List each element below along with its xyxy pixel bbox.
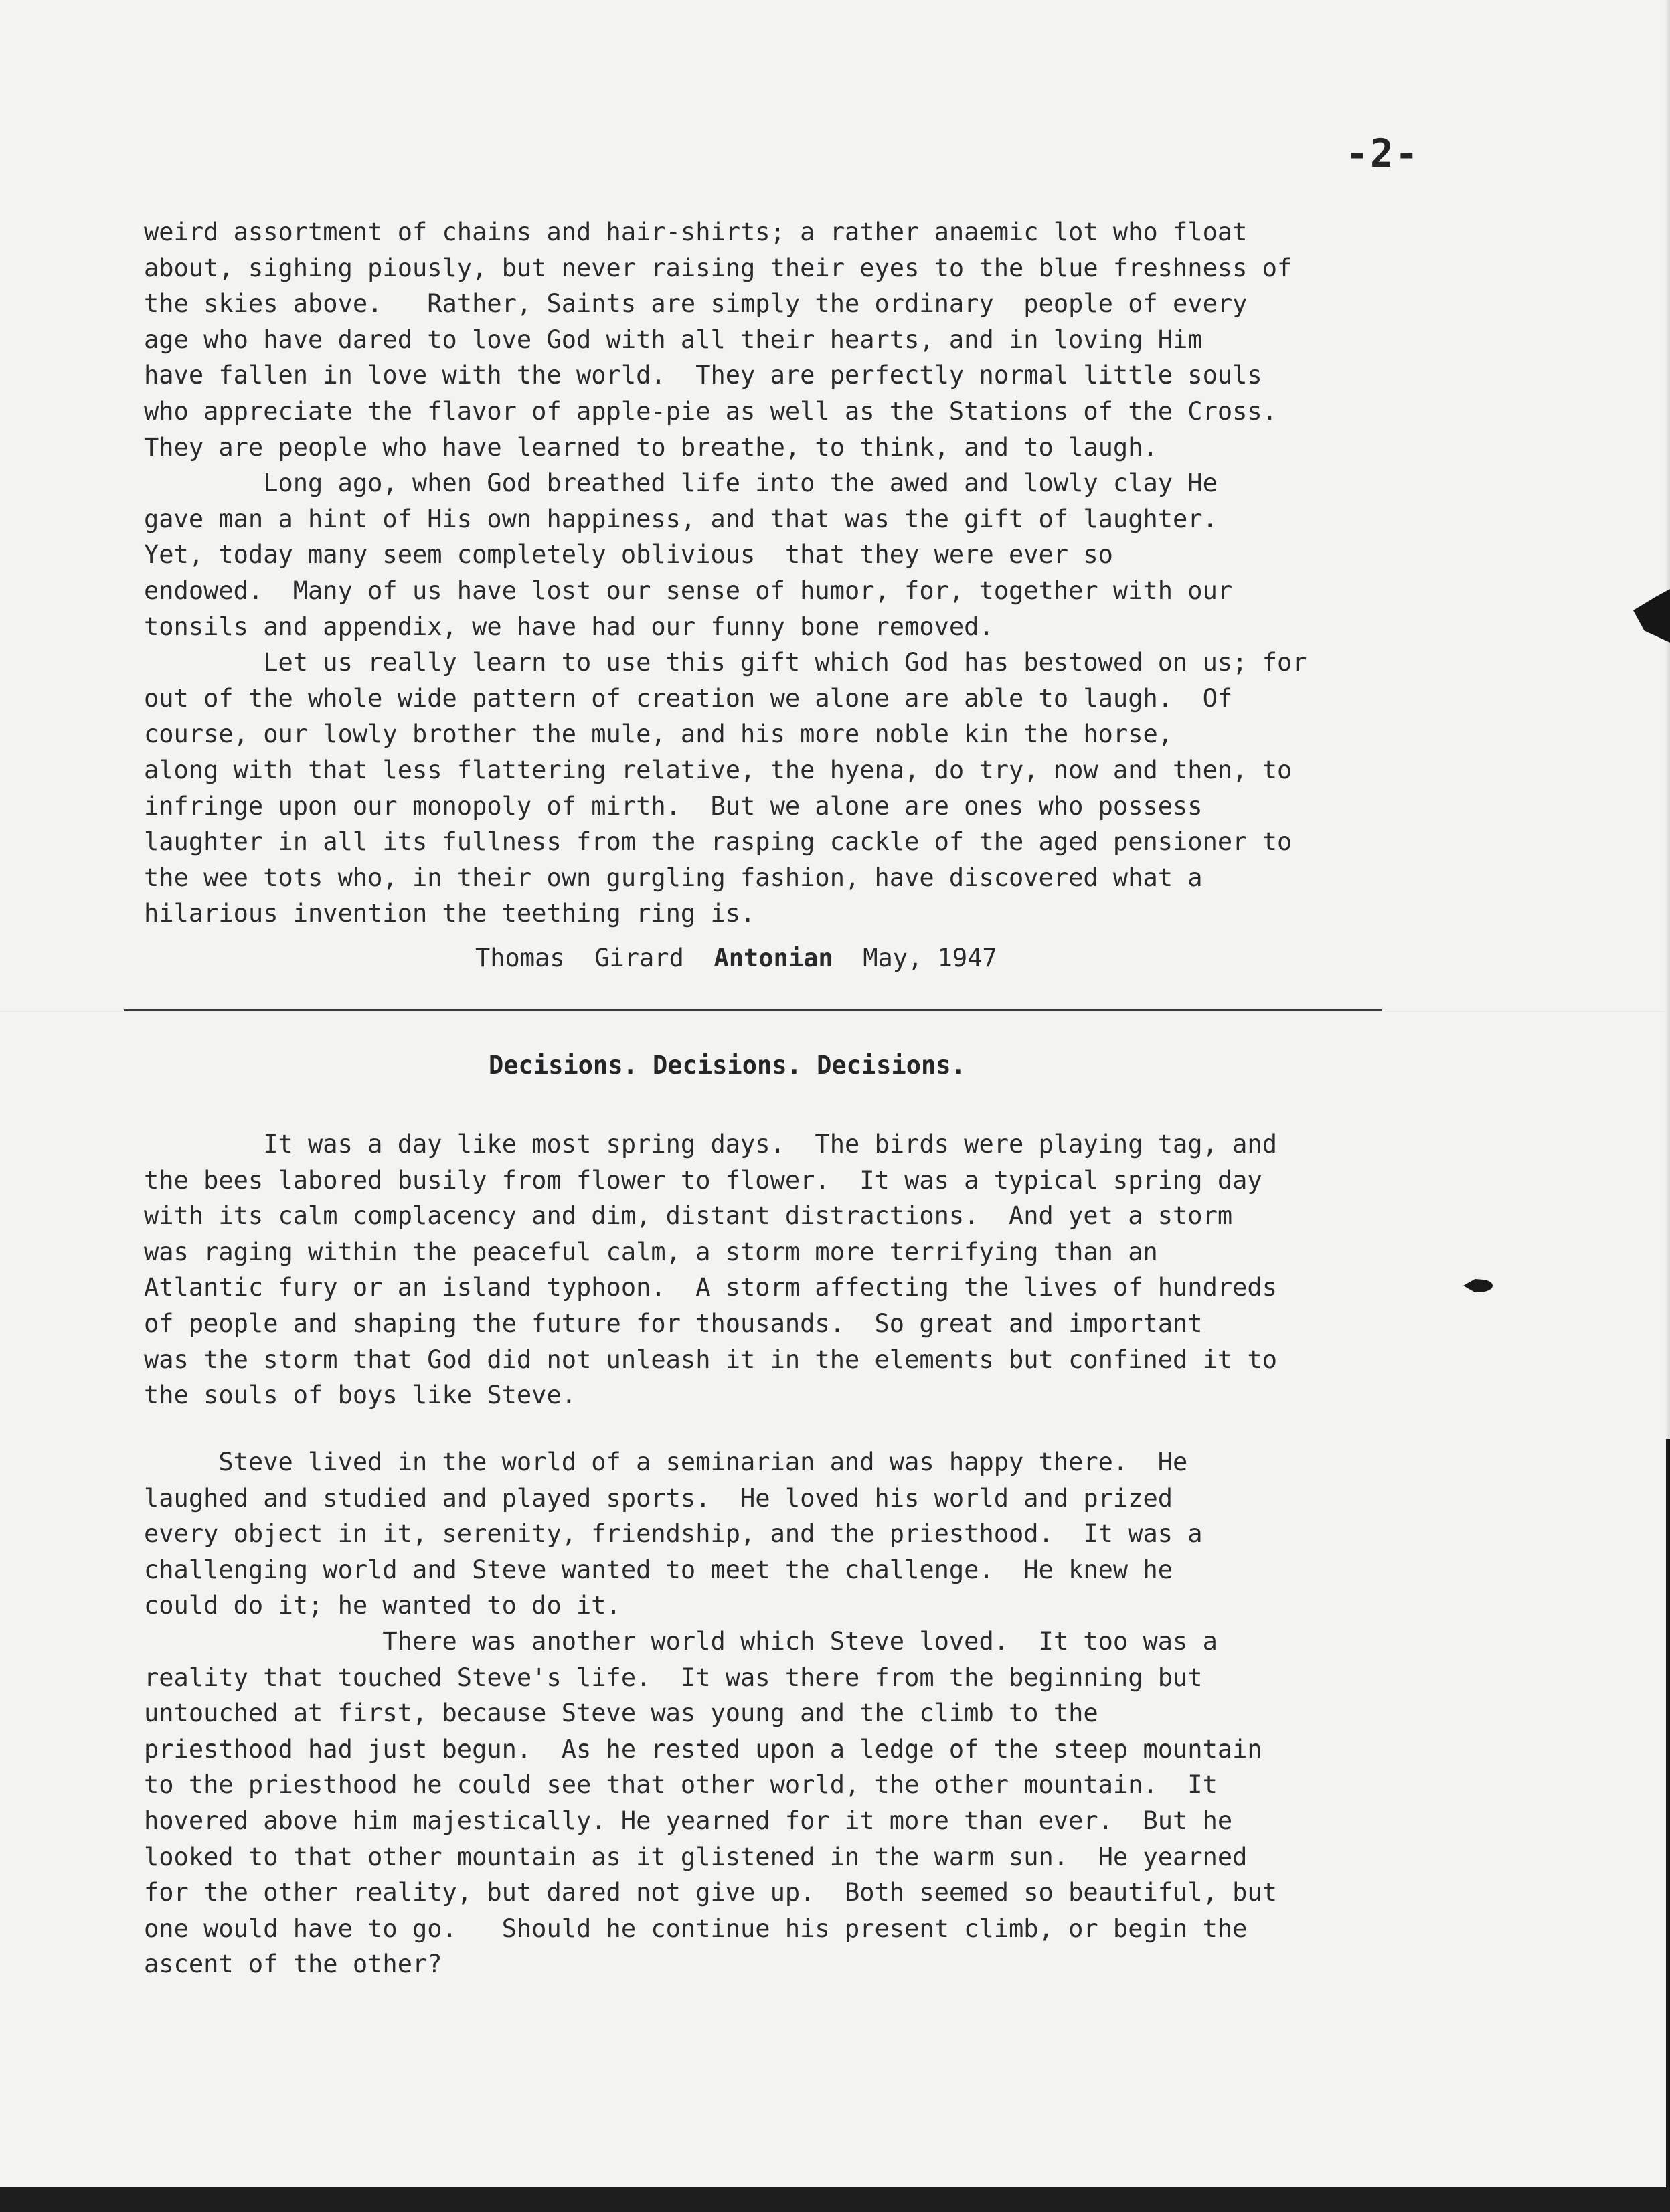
text-line: to the priesthood he could see that othe… xyxy=(144,1767,1483,1803)
article-signature: Thomas Girard Antonian May, 1947 xyxy=(475,944,997,972)
text-line: weird assortment of chains and hair-shir… xyxy=(144,214,1483,250)
text-line: one would have to go. Should he continue… xyxy=(144,1911,1483,1947)
text-line: hovered above him majestically. He yearn… xyxy=(144,1803,1483,1839)
text-line: reality that touched Steve's life. It wa… xyxy=(144,1660,1483,1696)
text-line: of people and shaping the future for tho… xyxy=(144,1306,1483,1342)
page-shadow-edge xyxy=(1666,1439,1670,2189)
text-line: who appreciate the flavor of apple-pie a… xyxy=(144,394,1483,430)
text-line: could do it; he wanted to do it. xyxy=(144,1588,1483,1624)
publication-date: May, 1947 xyxy=(863,944,997,972)
text-line: ascent of the other? xyxy=(144,1946,1483,1982)
text-line: course, our lowly brother the mule, and … xyxy=(144,716,1483,752)
text-line: about, sighing piously, but never raisin… xyxy=(144,250,1483,286)
text-line: infringe upon our monopoly of mirth. But… xyxy=(144,788,1483,825)
text-line: untouched at first, because Steve was yo… xyxy=(144,1695,1483,1731)
text-line: with its calm complacency and dim, dista… xyxy=(144,1198,1483,1234)
text-line: Let us really learn to use this gift whi… xyxy=(144,645,1483,681)
text-line: Steve lived in the world of a seminarian… xyxy=(144,1444,1483,1480)
text-line: challenging world and Steve wanted to me… xyxy=(144,1552,1483,1588)
text-line: was raging within the peaceful calm, a s… xyxy=(144,1234,1483,1270)
text-line: Yet, today many seem completely obliviou… xyxy=(144,537,1483,573)
text-line: hilarious invention the teething ring is… xyxy=(144,896,1483,932)
text-line: out of the whole wide pattern of creatio… xyxy=(144,681,1483,717)
text-line: the wee tots who, in their own gurgling … xyxy=(144,860,1483,896)
article-laughter-body: weird assortment of chains and hair-shir… xyxy=(144,214,1483,932)
text-line: looked to that other mountain as it glis… xyxy=(144,1839,1483,1875)
page-number: -2- xyxy=(1345,131,1420,176)
author-name: Thomas Girard xyxy=(475,944,684,972)
text-line: the souls of boys like Steve. xyxy=(144,1377,1483,1414)
text-line: They are people who have learned to brea… xyxy=(144,430,1483,466)
text-line: endowed. Many of us have lost our sense … xyxy=(144,573,1483,609)
article-decisions-paragraph-2: Steve lived in the world of a seminarian… xyxy=(144,1444,1483,1982)
text-line: It was a day like most spring days. The … xyxy=(144,1126,1483,1163)
publication-name: Antonian xyxy=(714,944,833,972)
text-line: the skies above. Rather, Saints are simp… xyxy=(144,286,1483,322)
article-title: Decisions. Decisions. Decisions. xyxy=(489,1051,966,1080)
text-line: laughed and studied and played sports. H… xyxy=(144,1480,1483,1517)
text-line: have fallen in love with the world. They… xyxy=(144,357,1483,394)
text-line: every object in it, serenity, friendship… xyxy=(144,1516,1483,1552)
text-line: gave man a hint of His own happiness, an… xyxy=(144,501,1483,537)
text-line: Long ago, when God breathed life into th… xyxy=(144,465,1483,501)
text-line: the bees labored busily from flower to f… xyxy=(144,1163,1483,1199)
text-line: age who have dared to love God with all … xyxy=(144,322,1483,358)
text-line: tonsils and appendix, we have had our fu… xyxy=(144,609,1483,645)
text-line: Atlantic fury or an island typhoon. A st… xyxy=(144,1270,1483,1306)
text-line: priesthood had just begun. As he rested … xyxy=(144,1731,1483,1768)
text-line: for the other reality, but dared not giv… xyxy=(144,1875,1483,1911)
section-divider xyxy=(124,1009,1382,1011)
text-line: was the storm that God did not unleash i… xyxy=(144,1342,1483,1378)
text-line: along with that less flattering relative… xyxy=(144,752,1483,788)
text-line: There was another world which Steve love… xyxy=(144,1624,1483,1660)
scan-bottom-border xyxy=(0,2187,1670,2212)
article-decisions-paragraph-1: It was a day like most spring days. The … xyxy=(144,1126,1483,1414)
text-line: laughter in all its fullness from the ra… xyxy=(144,824,1483,860)
